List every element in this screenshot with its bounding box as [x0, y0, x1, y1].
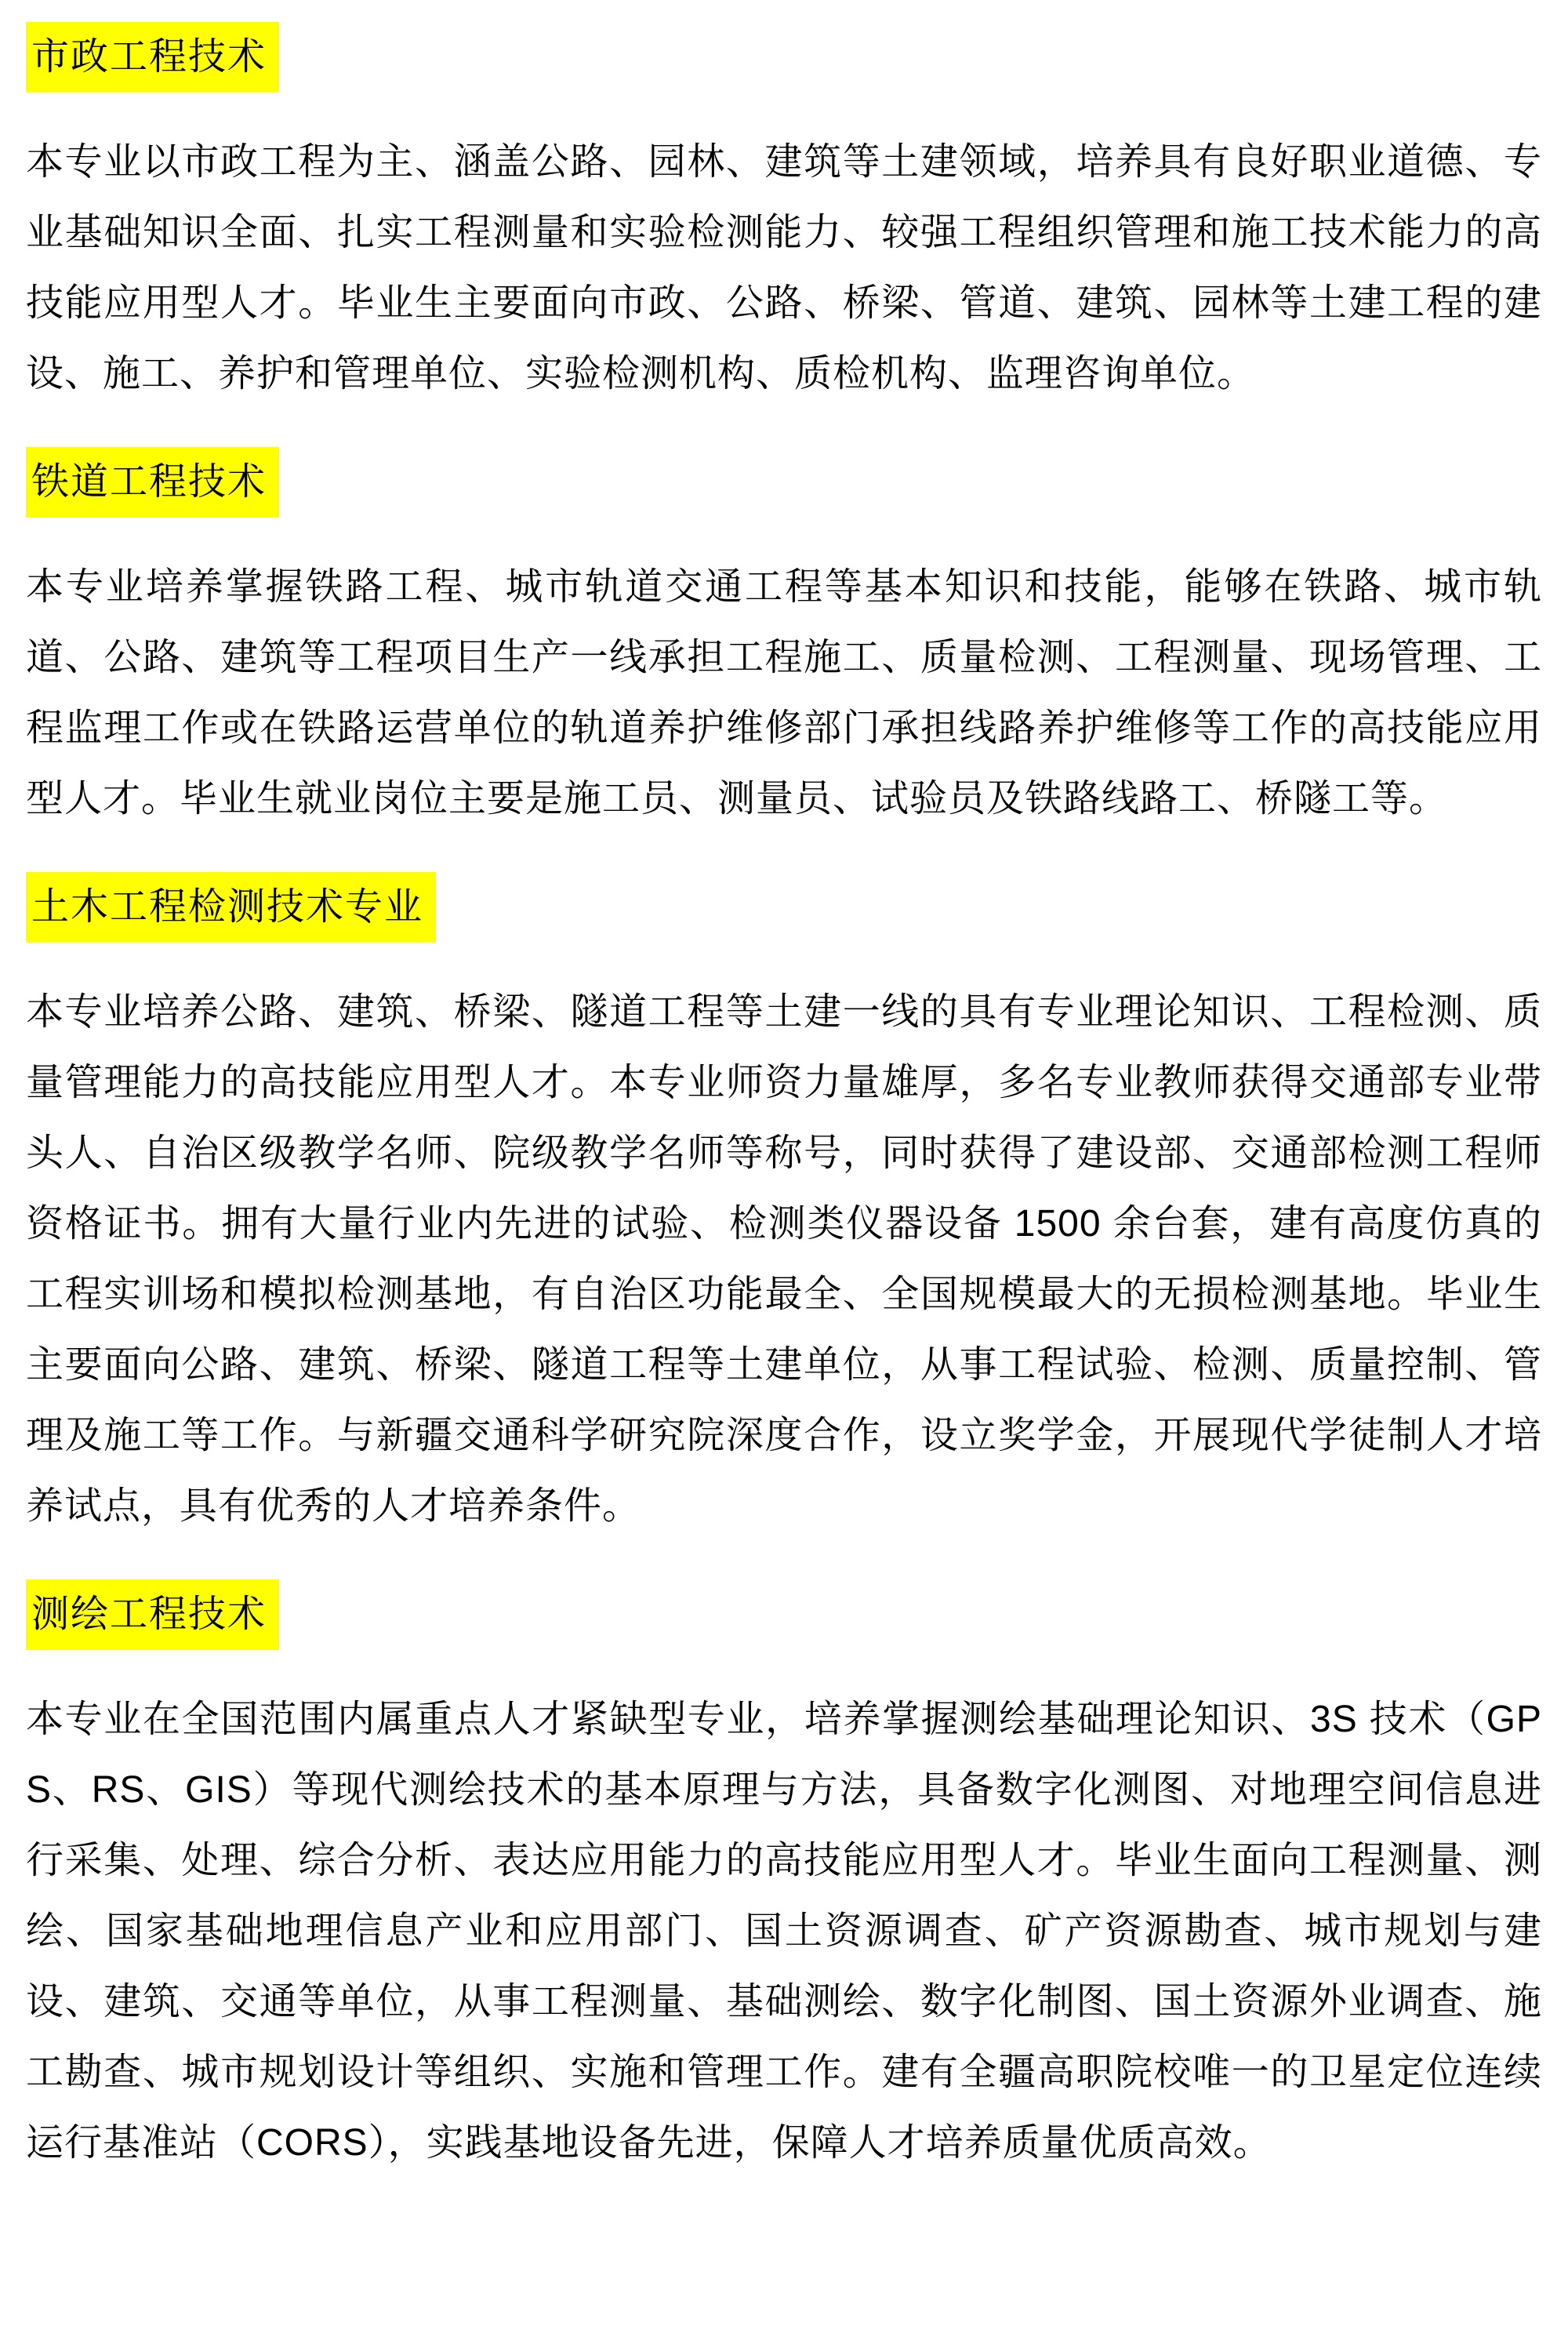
program-section-surveying: 测绘工程技术 本专业在全国范围内属重点人才紧缺型专业，培养掌握测绘基础理论知识、…: [26, 1579, 1542, 2179]
program-description-civil-testing: 本专业培养公路、建筑、桥梁、隧道工程等土建一线的具有专业理论知识、工程检测、质量…: [26, 977, 1542, 1542]
program-description-municipal: 本专业以市政工程为主、涵盖公路、园林、建筑等土建领域，培养具有良好职业道德、专业…: [26, 127, 1542, 409]
program-description-railway: 本专业培养掌握铁路工程、城市轨道交通工程等基本知识和技能，能够在铁路、城市轨道、…: [26, 552, 1542, 834]
program-section-municipal: 市政工程技术 本专业以市政工程为主、涵盖公路、园林、建筑等土建领域，培养具有良好…: [26, 22, 1542, 409]
program-heading-railway: 铁道工程技术: [26, 447, 279, 518]
program-section-railway: 铁道工程技术 本专业培养掌握铁路工程、城市轨道交通工程等基本知识和技能，能够在铁…: [26, 447, 1542, 834]
document-page: 市政工程技术 本专业以市政工程为主、涵盖公路、园林、建筑等土建领域，培养具有良好…: [0, 0, 1568, 2326]
program-section-civil-testing: 土木工程检测技术专业 本专业培养公路、建筑、桥梁、隧道工程等土建一线的具有专业理…: [26, 872, 1542, 1542]
program-heading-municipal: 市政工程技术: [26, 22, 279, 93]
program-description-surveying: 本专业在全国范围内属重点人才紧缺型专业，培养掌握测绘基础理论知识、3S 技术（G…: [26, 1685, 1542, 2179]
program-heading-civil-testing: 土木工程检测技术专业: [26, 872, 436, 943]
program-heading-surveying: 测绘工程技术: [26, 1579, 279, 1650]
